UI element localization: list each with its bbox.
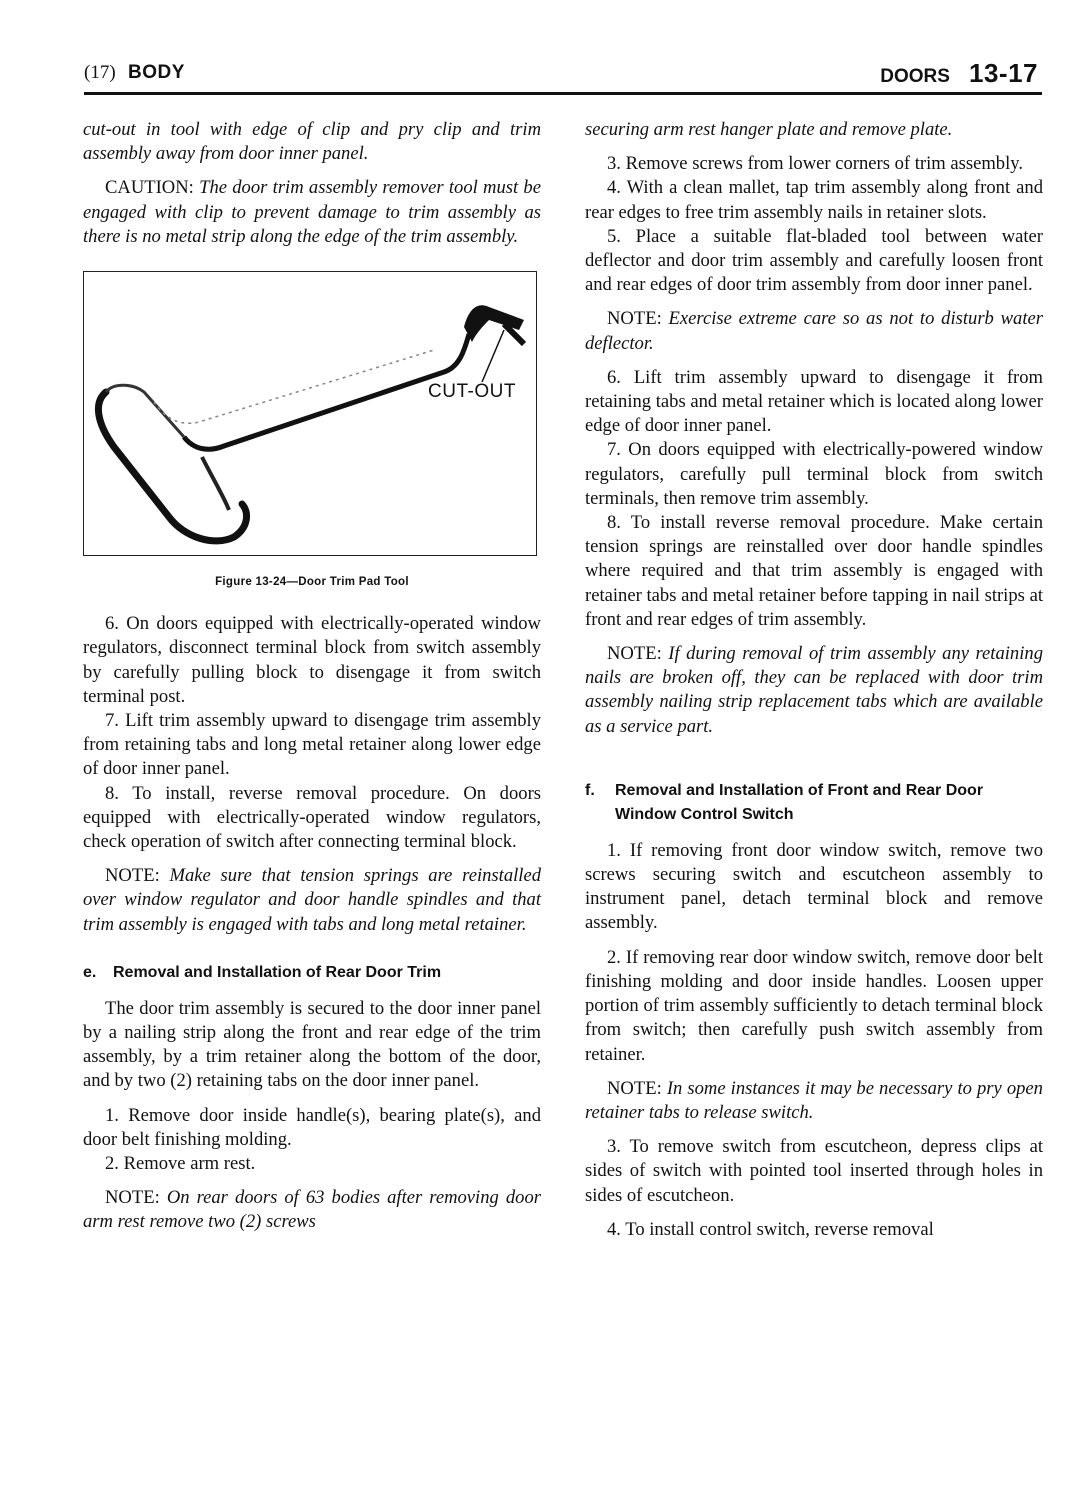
e-step-2: 2. Remove arm rest.: [83, 1152, 541, 1176]
section-letter: f.: [585, 779, 595, 803]
right-column: securing arm rest hanger plate and remov…: [585, 118, 1043, 1252]
step-8: 8. To install reverse removal procedure.…: [585, 511, 1043, 632]
step-7: 7. Lift trim assembly upward to disengag…: [83, 709, 541, 782]
step-6: 6. On doors equipped with electrically-o…: [83, 612, 541, 709]
f-step-4: 4. To install control switch, reverse re…: [585, 1218, 1043, 1242]
note-retainer-tabs: NOTE: In some instances it may be necess…: [585, 1077, 1043, 1125]
figure-caption: Figure 13-24—Door Trim Pad Tool: [83, 570, 541, 594]
section-heading-title: Removal and Installation of Rear Door Tr…: [113, 964, 441, 981]
note-tension-springs: NOTE: Make sure that tension springs are…: [83, 864, 541, 937]
note-label: NOTE:: [607, 1078, 662, 1099]
note-retaining-nails: NOTE: If during removal of trim assembly…: [585, 642, 1043, 739]
step-5: 5. Place a suitable flat-bladed tool bet…: [585, 225, 1043, 298]
page-number: 13-17: [969, 58, 1038, 88]
note-label: NOTE:: [105, 1187, 160, 1208]
note-label: NOTE:: [607, 308, 662, 329]
note-label: NOTE:: [105, 865, 160, 886]
step-4: 4. With a clean mallet, tap trim assembl…: [585, 176, 1043, 224]
e-step-1: 1. Remove door inside handle(s), bearing…: [83, 1104, 541, 1152]
section-heading-e: e. Removal and Installation of Rear Door…: [83, 961, 541, 985]
section-letter: e.: [83, 961, 96, 985]
f-step-1: 1. If removing front door window switch,…: [585, 839, 1043, 936]
section-title: BODY: [128, 62, 185, 84]
step-6: 6. Lift trim assembly upward to disengag…: [585, 366, 1043, 439]
intro-rear-door-trim: The door trim assembly is secured to the…: [83, 997, 541, 1094]
continued-note: securing arm rest hanger plate and remov…: [585, 118, 1043, 142]
caution-label: CAUTION:: [105, 177, 194, 198]
step-8: 8. To install, reverse removal procedure…: [83, 782, 541, 855]
continued-paragraph: cut-out in tool with edge of clip and pr…: [83, 118, 541, 166]
page-section-number: (17): [84, 62, 116, 84]
section-heading-title: Removal and Installation of Front and Re…: [615, 782, 983, 823]
chapter-title: DOORS: [880, 66, 950, 87]
note-63-bodies: NOTE: On rear doors of 63 bodies after r…: [83, 1186, 541, 1234]
figure-door-trim-pad-tool: CUT-OUT: [83, 271, 537, 556]
page-header: (17) BODY DOORS 13-17: [84, 58, 1042, 95]
step-7: 7. On doors equipped with electrically-p…: [585, 438, 1043, 511]
note-water-deflector: NOTE: Exercise extreme care so as not to…: [585, 307, 1043, 355]
caution-paragraph: CAUTION: The door trim assembly remover …: [83, 176, 541, 249]
left-column: cut-out in tool with edge of clip and pr…: [83, 118, 541, 1245]
cut-out-callout: CUT-OUT: [428, 380, 516, 404]
note-label: NOTE:: [607, 643, 662, 664]
section-heading-f: f. Removal and Installation of Front and…: [585, 779, 1043, 827]
f-step-2: 2. If removing rear door window switch, …: [585, 946, 1043, 1067]
trim-pad-tool-illustration: [84, 272, 536, 555]
f-step-3: 3. To remove switch from escutcheon, dep…: [585, 1135, 1043, 1208]
header-right: DOORS 13-17: [880, 58, 1038, 89]
step-3: 3. Remove screws from lower corners of t…: [585, 152, 1043, 176]
